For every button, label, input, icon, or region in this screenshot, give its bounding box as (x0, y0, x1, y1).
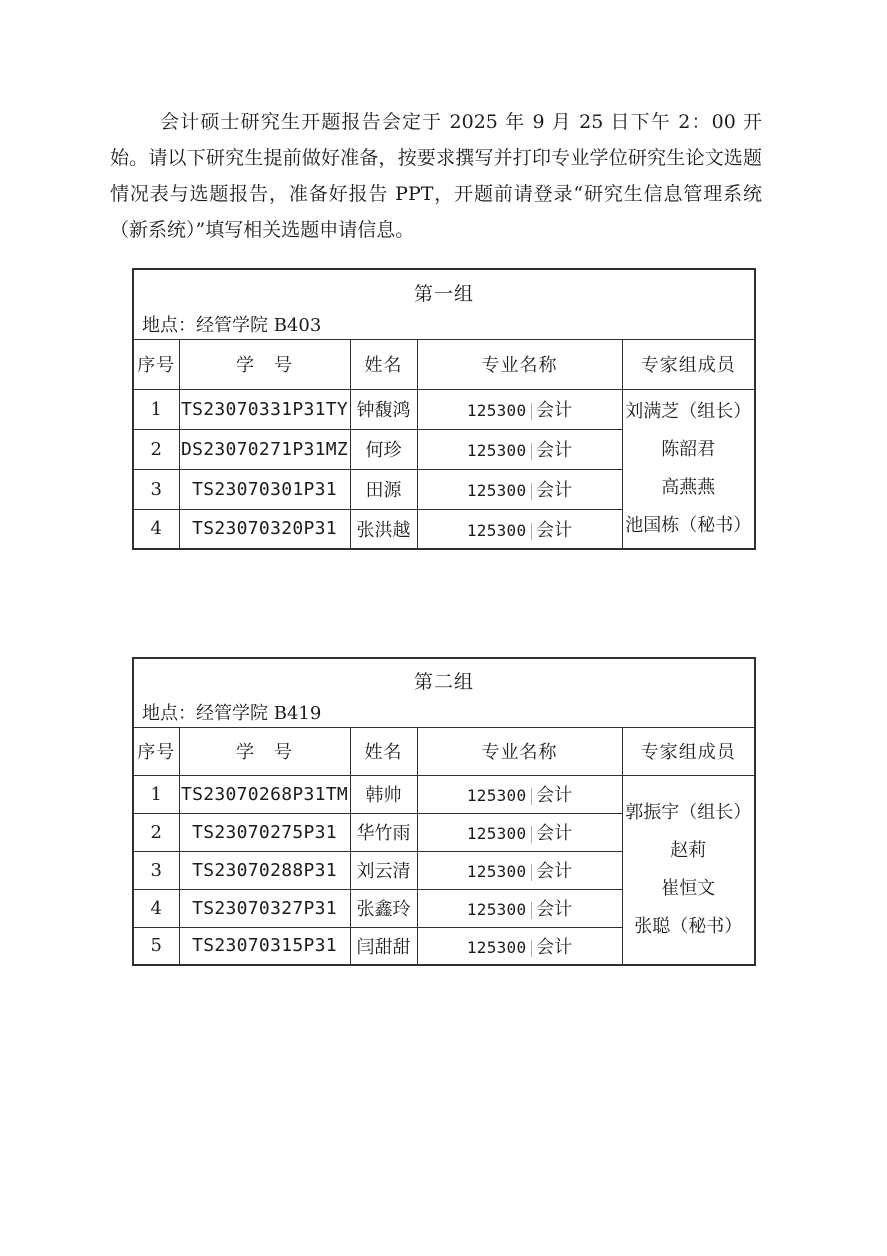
student-id-cell: TS23070320P31 (179, 509, 350, 549)
pipe-separator: | (526, 401, 536, 421)
program-code: 125300 (467, 824, 527, 843)
group-title: 第二组 (134, 660, 754, 694)
serial-cell: 2 (133, 813, 179, 851)
column-header-serial: 序号 (133, 339, 179, 389)
table-row: 1 TS23070268P31TM 韩帅 125300|会计 郭振宇（组长） 赵… (133, 775, 755, 813)
expert-name: 张聪（秘书） (623, 916, 755, 937)
column-header-program: 专业名称 (417, 339, 622, 389)
serial-cell: 2 (133, 429, 179, 469)
serial-cell: 4 (133, 509, 179, 549)
document-page: 会计硕士研究生开题报告会定于 2025 年 9 月 25 日下午 2：00 开始… (0, 0, 887, 1256)
program-cell: 125300|会计 (417, 813, 622, 851)
pipe-separator: | (526, 824, 536, 844)
name-cell: 张洪越 (350, 509, 417, 549)
column-header-name: 姓名 (350, 727, 417, 775)
program-code: 125300 (467, 401, 527, 420)
experts-cell: 刘满芝（组长） 陈韶君 高燕燕 池国栋（秘书） (622, 389, 755, 549)
column-header-student-id: 学 号 (179, 727, 350, 775)
table-caption: 第二组 地点：经管学院 B419 (133, 658, 755, 727)
group2-roster-table: 第二组 地点：经管学院 B419 序号 学 号 姓名 专业名称 专家组成员 1 … (132, 657, 756, 966)
name-cell: 田源 (350, 469, 417, 509)
expert-name: 陈韶君 (623, 439, 755, 460)
intro-paragraph: 会计硕士研究生开题报告会定于 2025 年 9 月 25 日下午 2：00 开始… (110, 104, 762, 248)
expert-name: 刘满芝（组长） (623, 401, 755, 422)
program-code: 125300 (467, 786, 527, 805)
pipe-separator: | (526, 862, 536, 882)
name-cell: 张鑫玲 (350, 889, 417, 927)
program-code: 125300 (467, 521, 527, 540)
serial-cell: 4 (133, 889, 179, 927)
program-cell: 125300|会计 (417, 389, 622, 429)
expert-name: 崔恒文 (623, 878, 755, 899)
name-cell: 刘云清 (350, 851, 417, 889)
student-id-cell: TS23070275P31 (179, 813, 350, 851)
serial-cell: 3 (133, 469, 179, 509)
program-name: 会计 (536, 823, 572, 844)
program-cell: 125300|会计 (417, 927, 622, 965)
serial-cell: 1 (133, 389, 179, 429)
pipe-separator: | (526, 786, 536, 806)
location-line: 地点：经管学院 B419 (134, 694, 754, 725)
student-id-cell: TS23070268P31TM (179, 775, 350, 813)
pipe-separator: | (526, 441, 536, 461)
program-code: 125300 (467, 938, 527, 957)
experts-cell: 郭振宇（组长） 赵莉 崔恒文 张聪（秘书） (622, 775, 755, 965)
program-code: 125300 (467, 441, 527, 460)
name-cell: 钟馥鸿 (350, 389, 417, 429)
experts-list: 郭振宇（组长） 赵莉 崔恒文 张聪（秘书） (623, 802, 755, 937)
student-id-cell: TS23070327P31 (179, 889, 350, 927)
pipe-separator: | (526, 521, 536, 541)
table-row: 1 TS23070331P31TY 钟馥鸿 125300|会计 刘满芝（组长） … (133, 389, 755, 429)
table-caption: 第一组 地点：经管学院 B403 (133, 269, 755, 339)
group1-roster-table: 第一组 地点：经管学院 B403 序号 学 号 姓名 专业名称 专家组成员 1 … (132, 268, 756, 550)
name-cell: 闫甜甜 (350, 927, 417, 965)
name-cell: 何珍 (350, 429, 417, 469)
caption-row: 第二组 地点：经管学院 B419 (133, 658, 755, 727)
pipe-separator: | (526, 900, 536, 920)
group-title: 第一组 (134, 272, 754, 306)
student-id-cell: TS23070315P31 (179, 927, 350, 965)
program-cell: 125300|会计 (417, 429, 622, 469)
serial-cell: 5 (133, 927, 179, 965)
column-header-name: 姓名 (350, 339, 417, 389)
expert-name: 郭振宇（组长） (623, 802, 755, 823)
program-name: 会计 (536, 785, 572, 806)
serial-cell: 3 (133, 851, 179, 889)
caption-row: 第一组 地点：经管学院 B403 (133, 269, 755, 339)
column-header-program: 专业名称 (417, 727, 622, 775)
expert-name: 池国栋（秘书） (623, 515, 755, 536)
program-cell: 125300|会计 (417, 775, 622, 813)
program-cell: 125300|会计 (417, 469, 622, 509)
header-row: 序号 学 号 姓名 专业名称 专家组成员 (133, 727, 755, 775)
location-line: 地点：经管学院 B403 (134, 306, 754, 337)
program-name: 会计 (536, 937, 572, 958)
student-id-cell: TS23070288P31 (179, 851, 350, 889)
program-name: 会计 (536, 861, 572, 882)
program-name: 会计 (536, 520, 572, 541)
expert-name: 高燕燕 (623, 477, 755, 498)
header-row: 序号 学 号 姓名 专业名称 专家组成员 (133, 339, 755, 389)
student-id-cell: DS23070271P31MZ (179, 429, 350, 469)
program-cell: 125300|会计 (417, 851, 622, 889)
program-code: 125300 (467, 900, 527, 919)
program-cell: 125300|会计 (417, 509, 622, 549)
program-name: 会计 (536, 480, 572, 501)
program-code: 125300 (467, 862, 527, 881)
name-cell: 韩帅 (350, 775, 417, 813)
column-header-experts: 专家组成员 (622, 339, 755, 389)
program-name: 会计 (536, 400, 572, 421)
name-cell: 华竹雨 (350, 813, 417, 851)
program-cell: 125300|会计 (417, 889, 622, 927)
pipe-separator: | (526, 481, 536, 501)
program-code: 125300 (467, 481, 527, 500)
column-header-student-id: 学 号 (179, 339, 350, 389)
column-header-experts: 专家组成员 (622, 727, 755, 775)
program-name: 会计 (536, 440, 572, 461)
pipe-separator: | (526, 938, 536, 958)
student-id-cell: TS23070301P31 (179, 469, 350, 509)
serial-cell: 1 (133, 775, 179, 813)
program-name: 会计 (536, 899, 572, 920)
experts-list: 刘满芝（组长） 陈韶君 高燕燕 池国栋（秘书） (623, 401, 755, 536)
student-id-cell: TS23070331P31TY (179, 389, 350, 429)
expert-name: 赵莉 (623, 840, 755, 861)
column-header-serial: 序号 (133, 727, 179, 775)
